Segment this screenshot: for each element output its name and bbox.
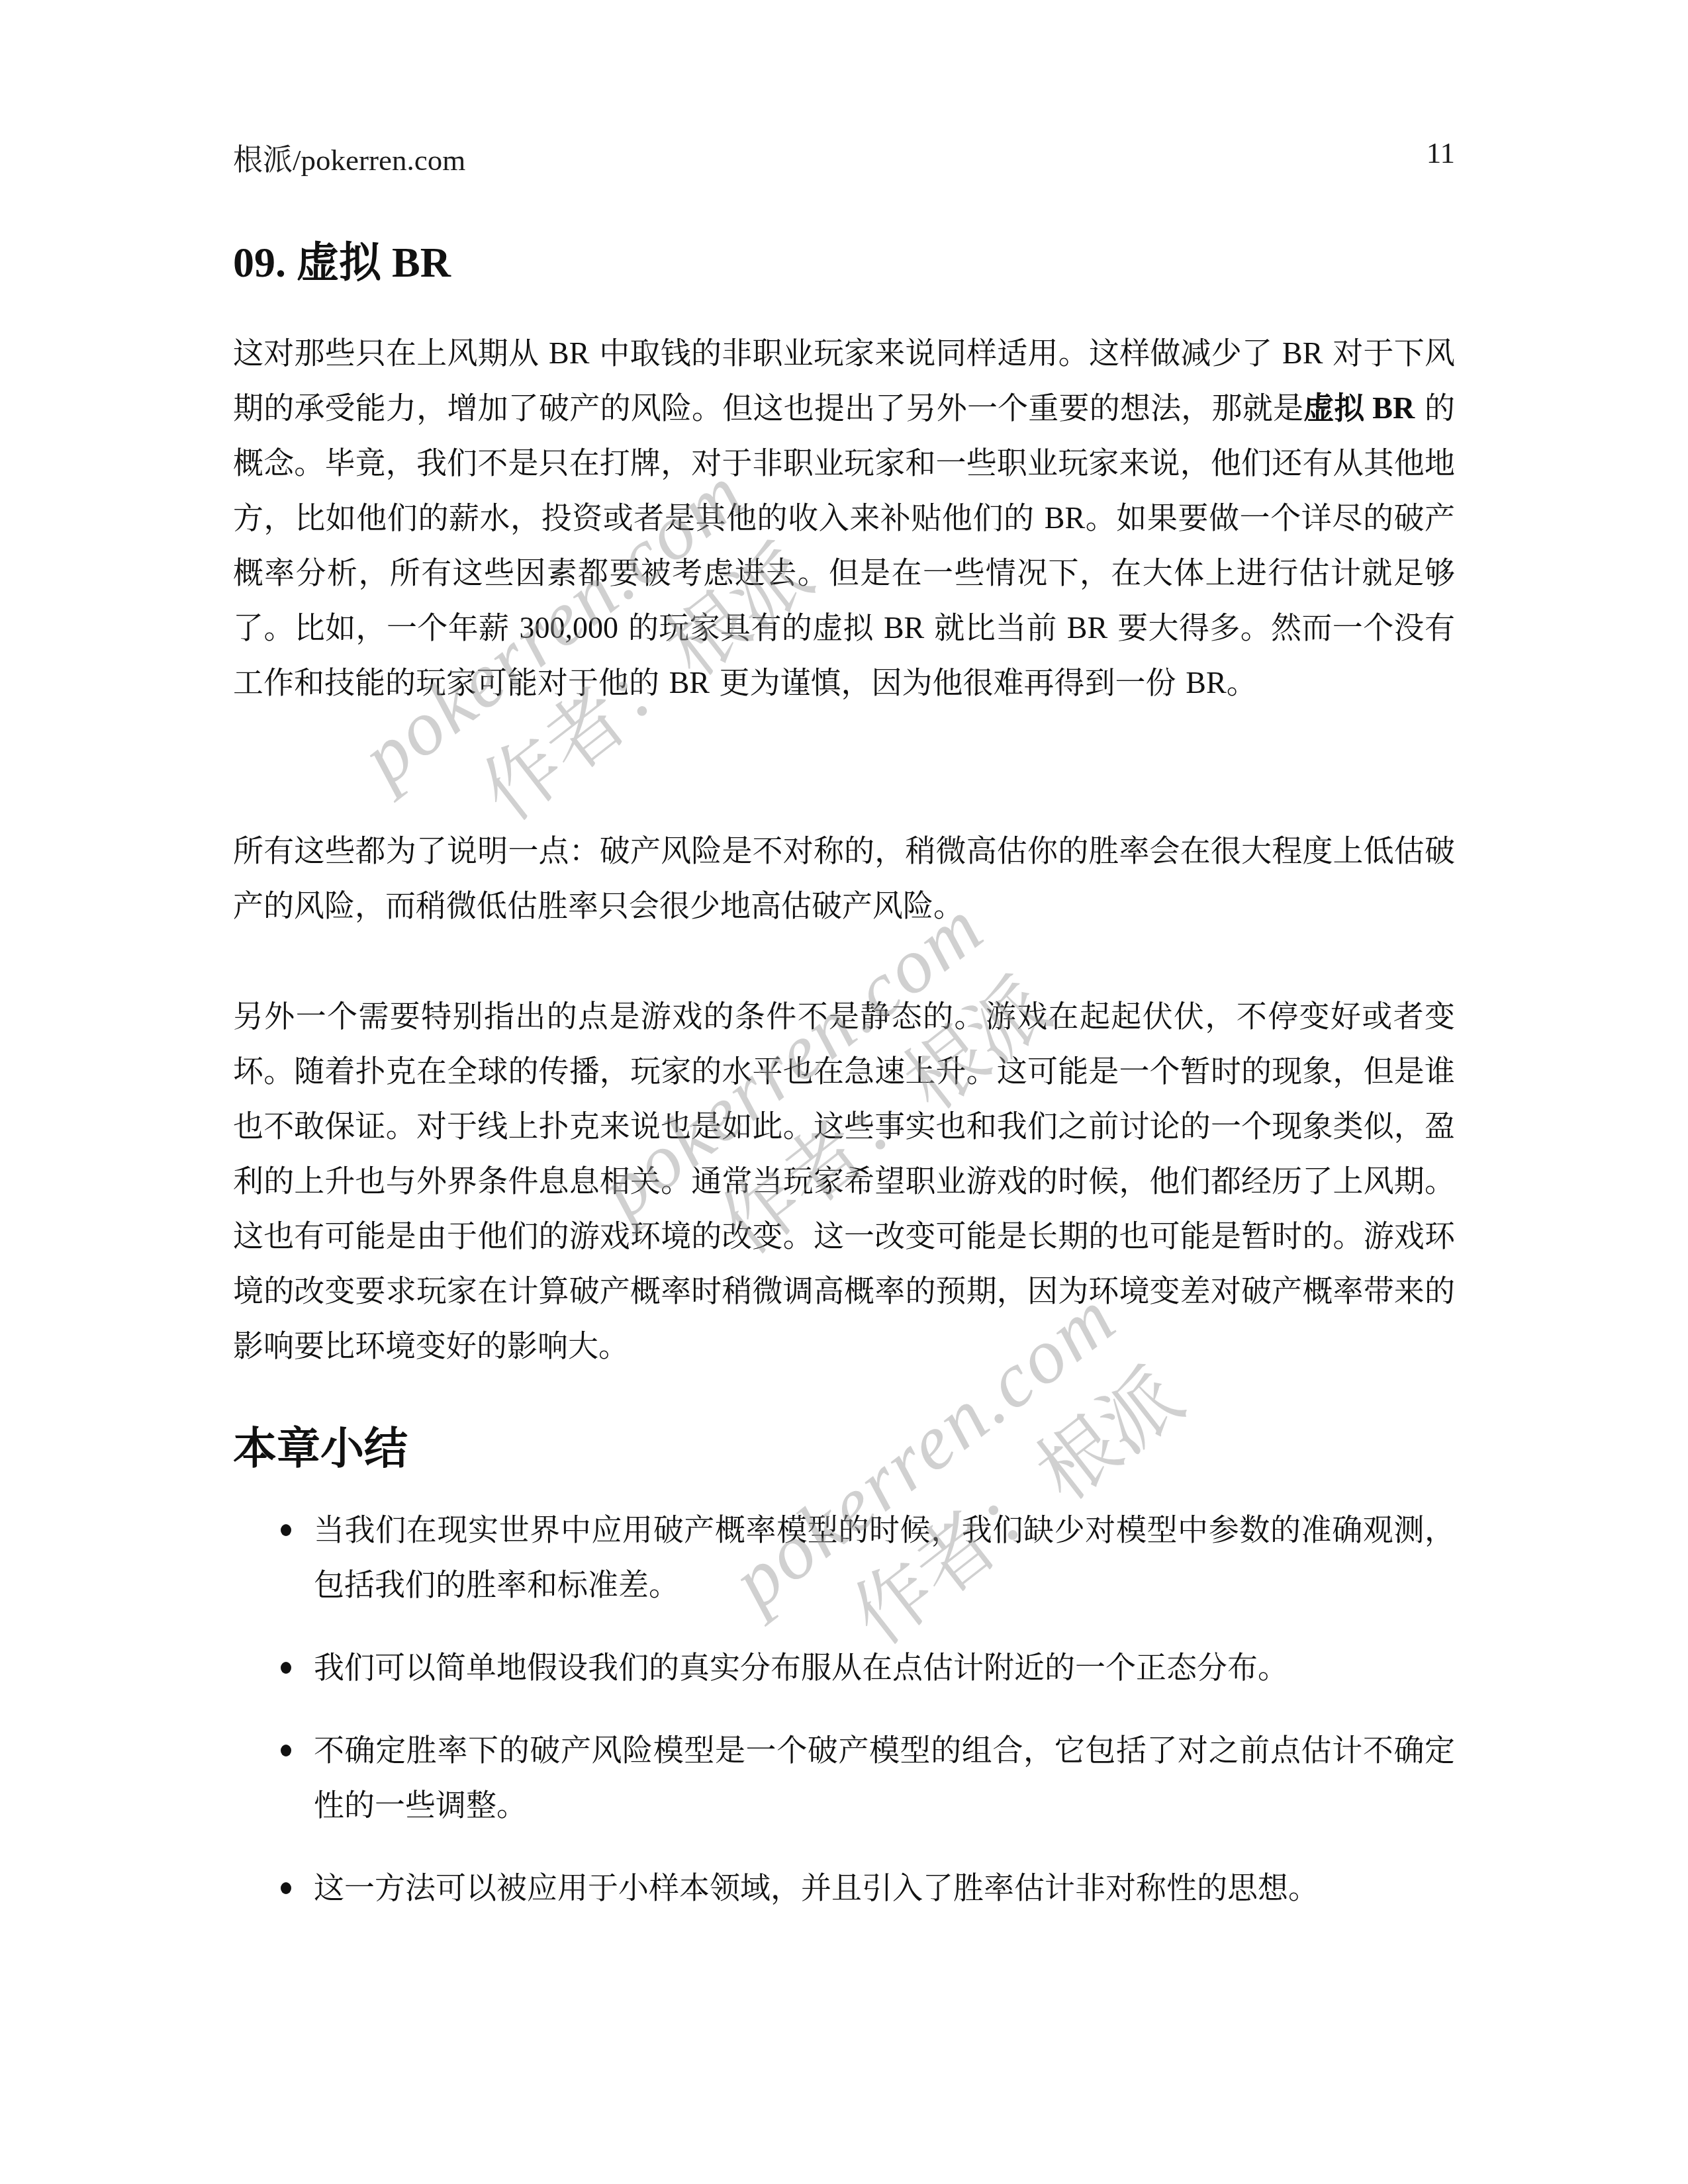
bullet-text: 不确定胜率下的破产风险模型是一个破产模型的组合，它包括了对之前点估计不确定性的一… [314, 1732, 1455, 1823]
paragraph-text: 另外一个需要特别指出的点是游戏的条件不是静态的。游戏在起起伏伏，不停变好或者变坏… [233, 989, 1455, 1373]
paragraph-virtual-br: 这对那些只在上风期从 BR 中取钱的非职业玩家来说同样适用。这样做减少了 BR … [233, 326, 1455, 710]
paragraph-game-conditions: 另外一个需要特别指出的点是游戏的条件不是静态的。游戏在起起伏伏，不停变好或者变坏… [233, 989, 1455, 1373]
text-segment: 的玩家具有的虚拟 [618, 610, 884, 645]
text-segment: BR [884, 611, 924, 645]
text-segment: 300,000 [519, 611, 618, 645]
paragraph-text: 这对那些只在上风期从 BR 中取钱的非职业玩家来说同样适用。这样做减少了 BR … [233, 326, 1455, 710]
list-item: 不确定胜率下的破产风险模型是一个破产模型的组合，它包括了对之前点估计不确定性的一… [233, 1723, 1455, 1833]
list-item: 当我们在现实世界中应用破产概率模型的时候，我们缺少对模型中参数的准确观测，包括我… [233, 1502, 1455, 1612]
section-title: 09. 虚拟 BR [233, 228, 451, 289]
bullet-text: 当我们在现实世界中应用破产概率模型的时候，我们缺少对模型中参数的准确观测，包括我… [314, 1512, 1455, 1602]
bullet-icon [281, 1524, 291, 1536]
bold-term-virtual-br: 虚拟 BR [1303, 391, 1415, 425]
text-segment: 这对那些只在上风期从 [233, 335, 549, 371]
text-segment: BR [549, 336, 589, 370]
text-segment: BR [1186, 666, 1226, 700]
text-segment: BR [1045, 501, 1085, 535]
document-page: 根派/pokerren.com 11 09. 虚拟 BR 这对那些只在上风期从 … [0, 0, 1688, 2184]
chapter-summary-title: 本章小结 [233, 1413, 408, 1476]
paragraph-text: 所有这些都为了说明一点：破产风险是不对称的，稍微高估你的胜率会在很大程度上低估破… [233, 823, 1455, 933]
text-segment: BR [1067, 611, 1107, 645]
bullet-text: 这一方法可以被应用于小样本领域，并且引入了胜率估计非对称性的思想。 [314, 1870, 1319, 1905]
bullet-text: 我们可以简单地假设我们的真实分布服从在点估计附近的一个正态分布。 [314, 1649, 1288, 1685]
running-header: 根派/pokerren.com 11 [233, 136, 1455, 175]
header-site-name: 根派/pokerren.com [233, 136, 465, 179]
page-number: 11 [1427, 136, 1455, 170]
bullet-icon [281, 1662, 291, 1674]
summary-bullet-list: 当我们在现实世界中应用破产概率模型的时候，我们缺少对模型中参数的准确观测，包括我… [233, 1502, 1455, 1943]
text-segment: 更为谨慎，因为他很难再得到一份 [710, 664, 1186, 700]
list-item: 这一方法可以被应用于小样本领域，并且引入了胜率估计非对称性的思想。 [233, 1860, 1455, 1915]
text-segment: 中取钱的非职业玩家来说同样适用。这样做减少了 [589, 335, 1282, 371]
text-segment: BR [669, 666, 710, 700]
text-segment: BR [1282, 336, 1323, 370]
list-item: 我们可以简单地假设我们的真实分布服从在点估计附近的一个正态分布。 [233, 1640, 1455, 1695]
bullet-icon [281, 1745, 291, 1756]
paragraph-asymmetry: 所有这些都为了说明一点：破产风险是不对称的，稍微高估你的胜率会在很大程度上低估破… [233, 823, 1455, 933]
text-segment: 就比当前 [924, 610, 1067, 645]
text-segment: 。 [1227, 664, 1257, 700]
bullet-icon [281, 1882, 291, 1894]
